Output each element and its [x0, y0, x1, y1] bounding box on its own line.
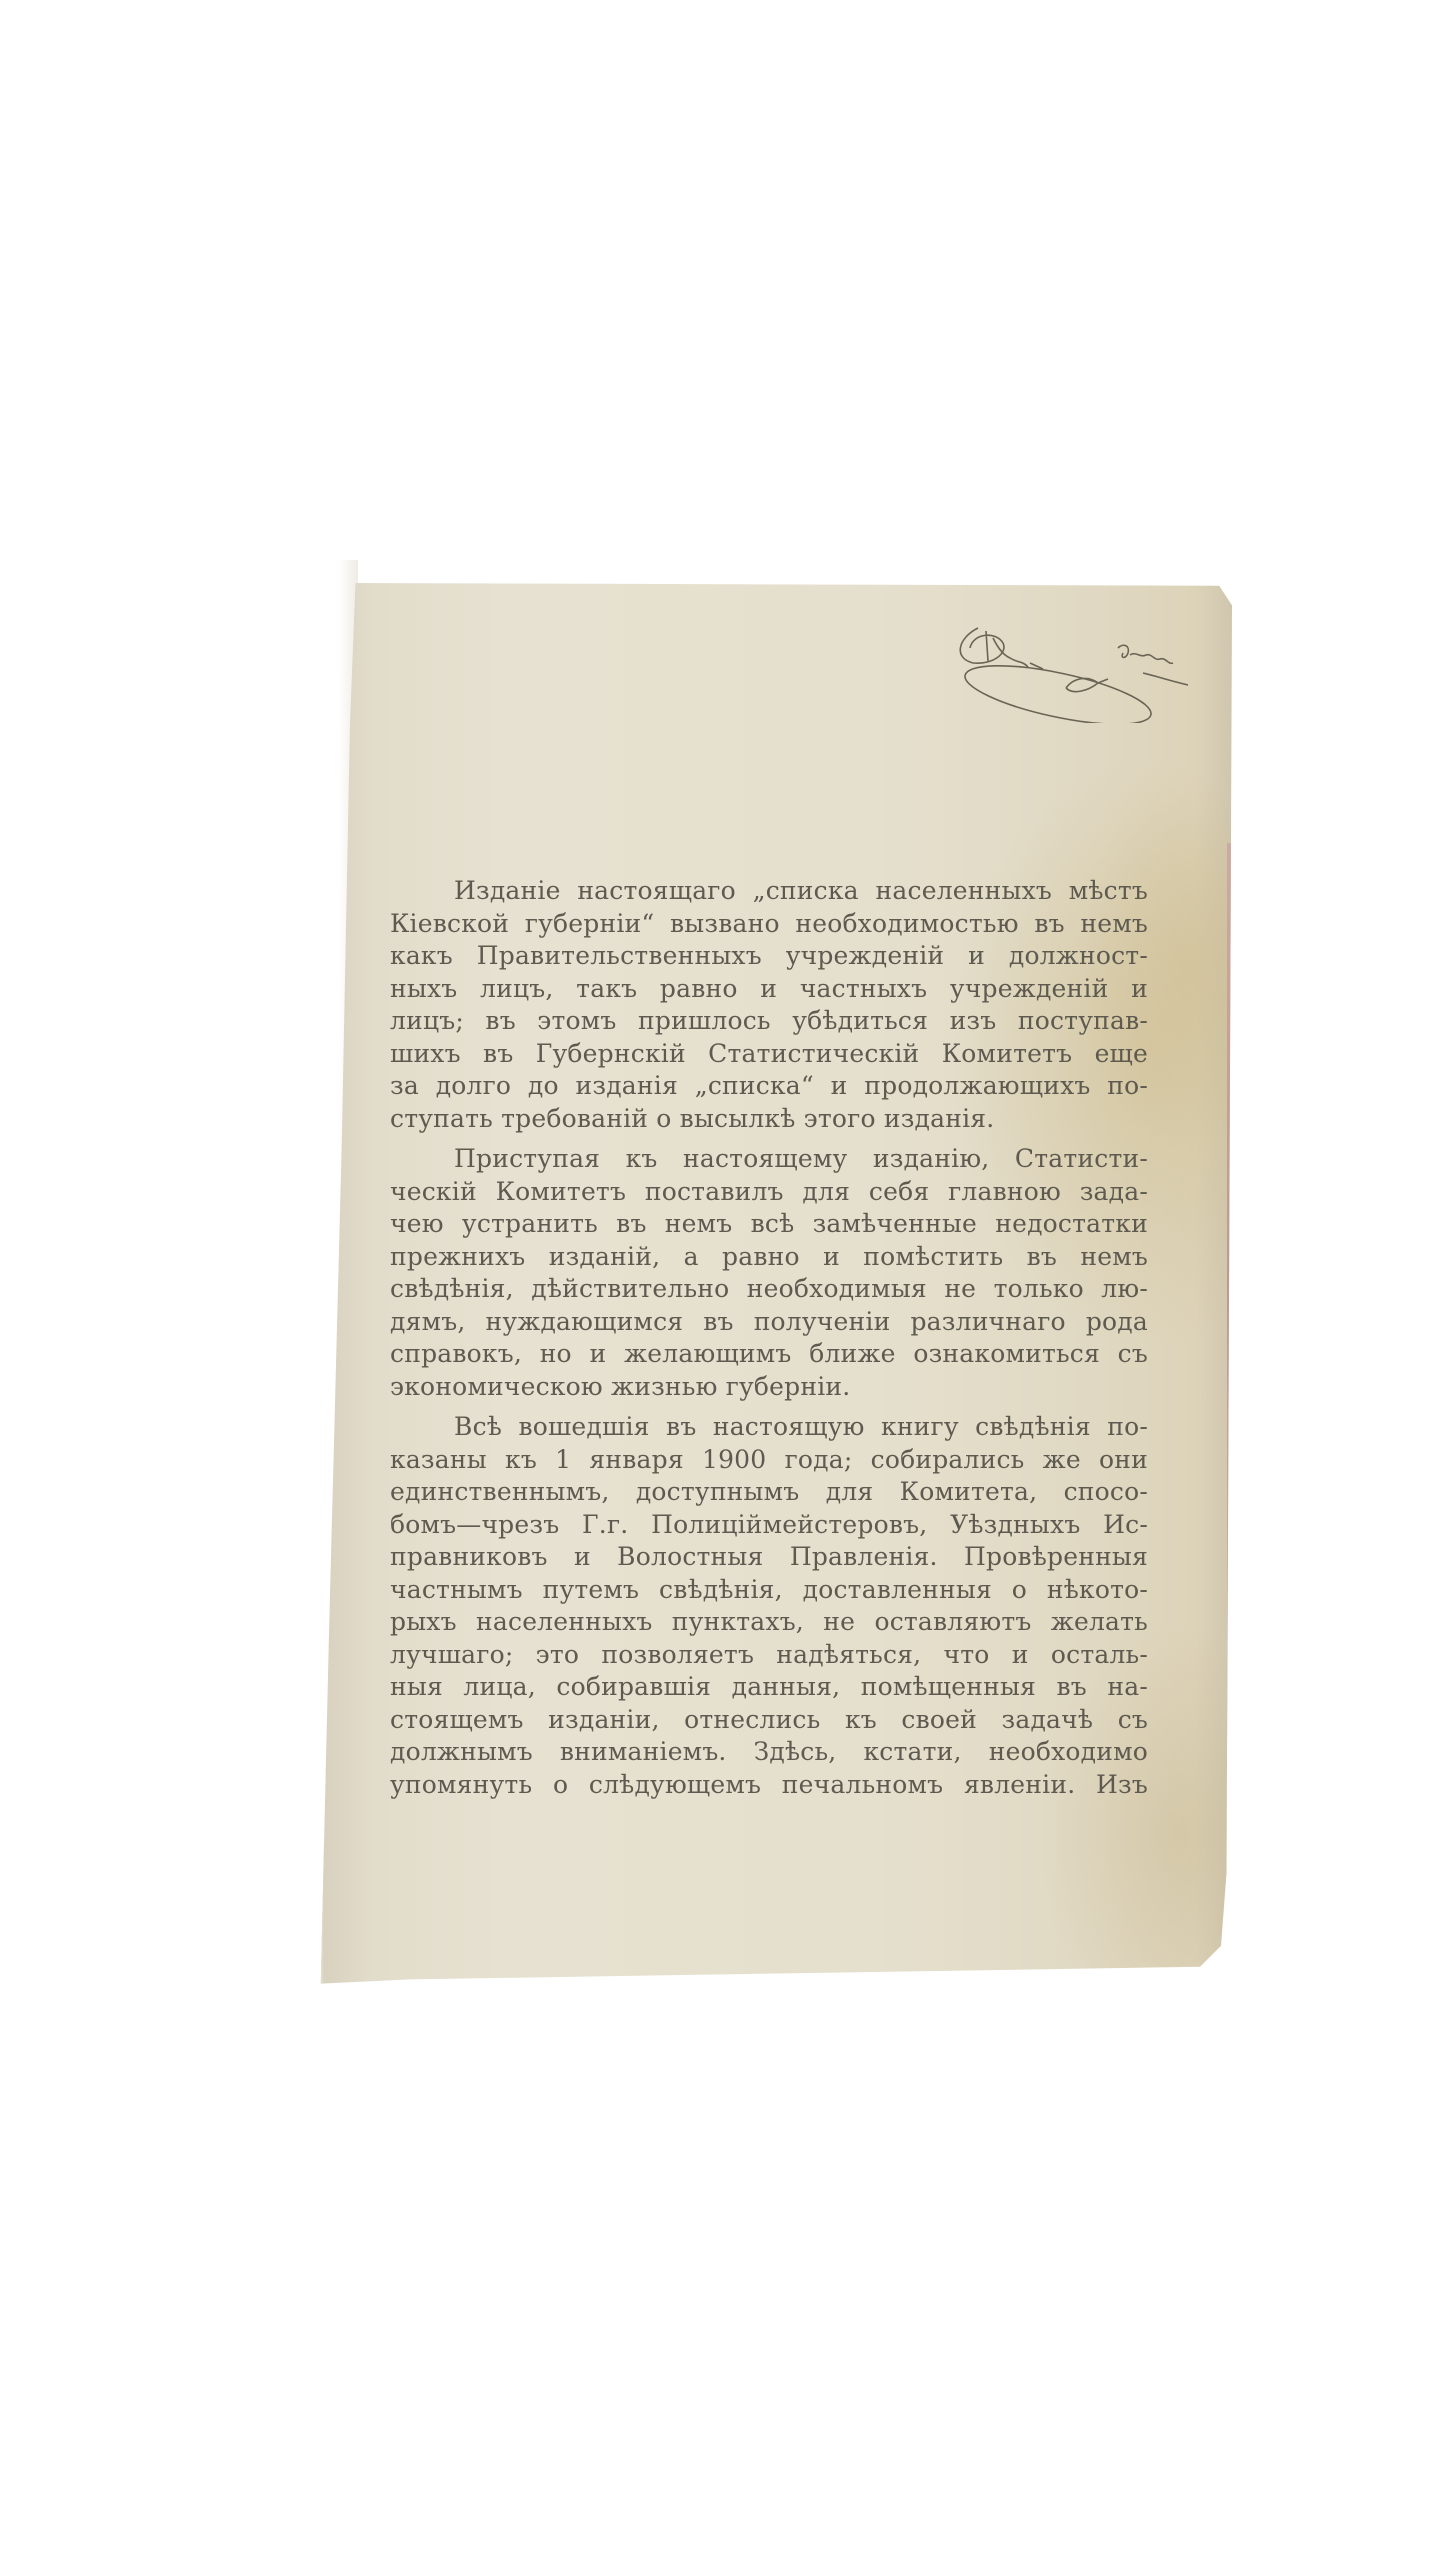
- text-line: чею устранить въ немъ всѣ замѣченные нед…: [390, 1208, 1148, 1241]
- text-line: казаны къ 1 января 1900 года; собирались…: [390, 1444, 1148, 1477]
- text-line: ныхъ лицъ, такъ равно и частныхъ учрежде…: [390, 973, 1148, 1006]
- text-line: Всѣ вошедшія въ настоящую книгу свѣдѣнія…: [390, 1411, 1148, 1444]
- text-line: справокъ, но и желающимъ ближе ознакомит…: [390, 1338, 1148, 1371]
- text-line: ческій Комитетъ поставилъ для себя главн…: [390, 1176, 1148, 1209]
- text-line: бомъ—чрезъ Г.г. Полиціймейстеровъ, Уѣздн…: [390, 1509, 1148, 1542]
- text-line: за долго до изданія „списка“ и продолжаю…: [390, 1070, 1148, 1103]
- page-right-edge: [1227, 843, 1232, 1743]
- text-line: Кіевской губерніи“ вызвано необходимость…: [390, 908, 1148, 941]
- handwritten-signature-icon: [948, 603, 1198, 723]
- text-line: лучшаго; это позволяетъ надѣяться, что и…: [390, 1639, 1148, 1672]
- text-line: Изданіе настоящаго „списка населенныхъ м…: [390, 875, 1148, 908]
- text-line: правниковъ и Волостныя Правленія. Провѣр…: [390, 1541, 1148, 1574]
- text-line: дямъ, нуждающимся въ полученіи различнаг…: [390, 1306, 1148, 1339]
- paragraph-2: Приступая къ настоящему изданію, Статист…: [390, 1143, 1148, 1403]
- text-line: рыхъ населенныхъ пунктахъ, не оставляютъ…: [390, 1606, 1148, 1639]
- text-line: упомянуть о слѣдующемъ печальномъ явлені…: [390, 1769, 1148, 1802]
- text-line: прежнихъ изданій, а равно и помѣстить въ…: [390, 1241, 1148, 1274]
- page-spine-edge: [318, 583, 324, 1985]
- text-line: частнымъ путемъ свѣдѣнія, доставленныя о…: [390, 1574, 1148, 1607]
- paragraph-1: Изданіе настоящаго „списка населенныхъ м…: [390, 875, 1148, 1135]
- text-line: экономическою жизнью губерніи.: [390, 1371, 1148, 1404]
- text-line: Приступая къ настоящему изданію, Статист…: [390, 1143, 1148, 1176]
- text-line: свѣдѣнія, дѣйствительно необходимыя не т…: [390, 1273, 1148, 1306]
- text-line: шихъ въ Губернскій Статистическій Комите…: [390, 1038, 1148, 1071]
- text-line: ступать требованій о высылкѣ этого издан…: [390, 1103, 1148, 1136]
- text-line: стоящемъ изданіи, отнеслись къ своей зад…: [390, 1704, 1148, 1737]
- text-line: единственнымъ, доступнымъ для Комитета, …: [390, 1476, 1148, 1509]
- paragraph-3: Всѣ вошедшія въ настоящую книгу свѣдѣнія…: [390, 1411, 1148, 1801]
- text-line: лицъ; въ этомъ пришлось убѣдиться изъ по…: [390, 1005, 1148, 1038]
- text-line: какъ Правительственныхъ учрежденій и дол…: [390, 940, 1148, 973]
- text-line: должнымъ вниманіемъ. Здѣсь, кстати, необ…: [390, 1736, 1148, 1769]
- document-body: Изданіе настоящаго „списка населенныхъ м…: [390, 875, 1148, 1809]
- text-line: ныя лица, собиравшія данныя, помѣщенныя …: [390, 1671, 1148, 1704]
- book-page: Изданіе настоящаго „списка населенныхъ м…: [318, 583, 1232, 1985]
